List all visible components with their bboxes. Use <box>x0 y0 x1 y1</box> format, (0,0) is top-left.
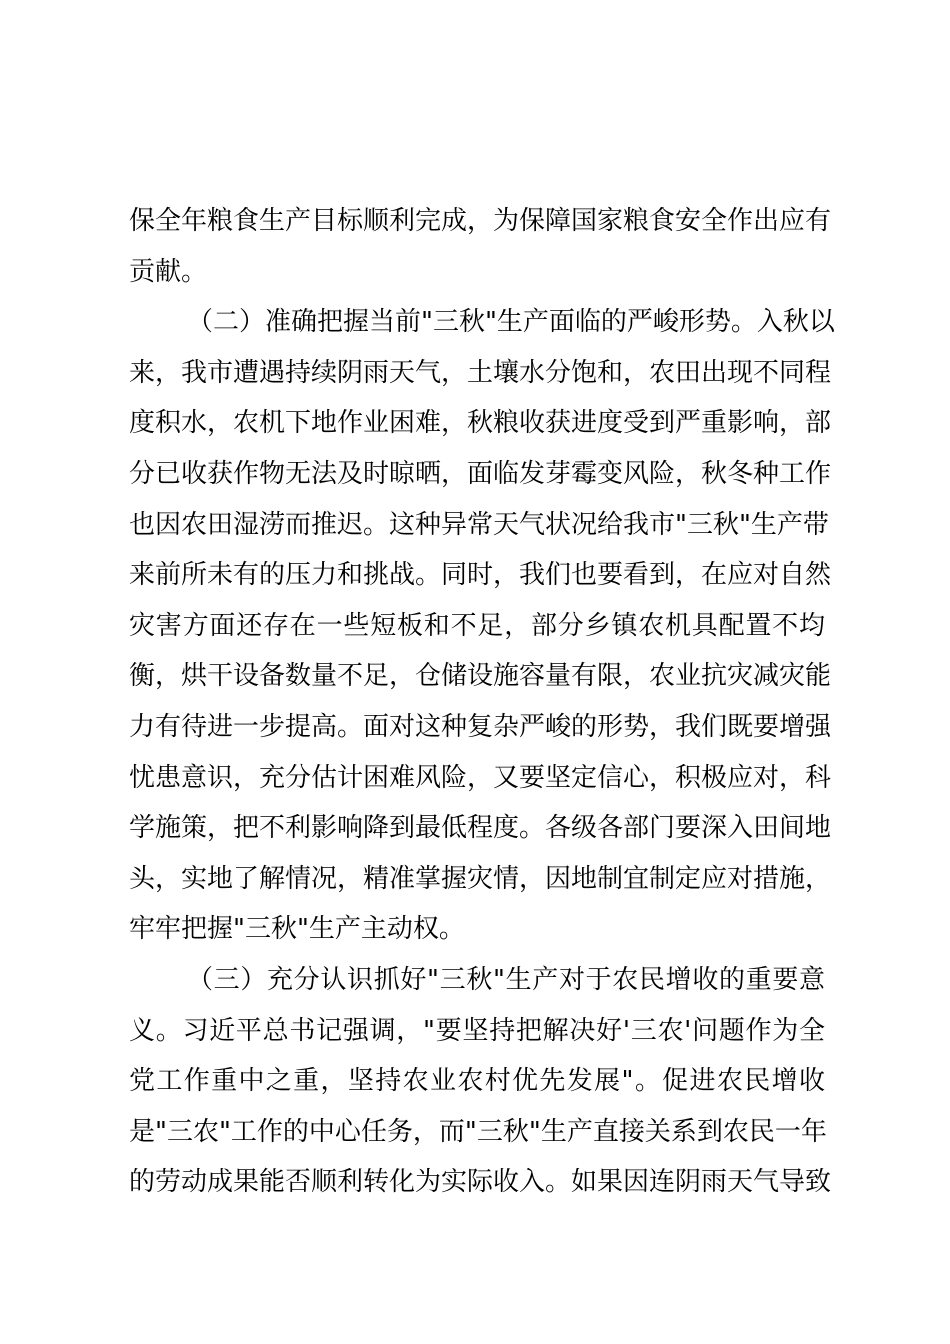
text-line: 牢牢把握"三秋"生产主动权。 <box>129 904 825 955</box>
paragraph-section-three: （三）充分认识抓好"三秋"生产对于农民增收的重要意 义。习近平总书记强调，"要坚… <box>129 955 825 1208</box>
paragraph-continuation: 保全年粮食生产目标顺利完成，为保障国家粮食安全作出应有 贡献。 <box>129 196 825 297</box>
text-line: 义。习近平总书记强调，"要坚持把解决好'三农'问题作为全 <box>129 1006 825 1057</box>
text-line: 学施策，把不利影响降到最低程度。各级各部门要深入田间地 <box>129 803 825 854</box>
paragraph-section-two: （二）准确把握当前"三秋"生产面临的严峻形势。入秋以 来，我市遭遇持续阴雨天气，… <box>129 297 825 955</box>
text-line: 度积水，农机下地作业困难，秋粮收获进度受到严重影响，部 <box>129 398 825 449</box>
document-body: 保全年粮食生产目标顺利完成，为保障国家粮食安全作出应有 贡献。 （二）准确把握当… <box>129 196 825 1208</box>
text-line: 的劳动成果能否顺利转化为实际收入。如果因连阴雨天气导致 <box>129 1157 825 1208</box>
text-line: 力有待进一步提高。面对这种复杂严峻的形势，我们既要增强 <box>129 702 825 753</box>
text-line: 也因农田湿涝而推迟。这种异常天气状况给我市"三秋"生产带 <box>129 500 825 551</box>
text-line: 来前所未有的压力和挑战。同时，我们也要看到，在应对自然 <box>129 550 825 601</box>
text-line: 保全年粮食生产目标顺利完成，为保障国家粮食安全作出应有 <box>129 196 825 247</box>
section-heading-line: （二）准确把握当前"三秋"生产面临的严峻形势。入秋以 <box>129 297 825 348</box>
text-line: 衡，烘干设备数量不足，仓储设施容量有限，农业抗灾减灾能 <box>129 651 825 702</box>
text-line: 灾害方面还存在一些短板和不足，部分乡镇农机具配置不均 <box>129 601 825 652</box>
document-page: 保全年粮食生产目标顺利完成，为保障国家粮食安全作出应有 贡献。 （二）准确把握当… <box>0 0 950 1344</box>
text-line: 党工作重中之重，坚持农业农村优先发展"。促进农民增收 <box>129 1056 825 1107</box>
text-line: 贡献。 <box>129 247 825 298</box>
text-line: 分已收获作物无法及时晾晒，面临发芽霉变风险，秋冬种工作 <box>129 449 825 500</box>
section-heading-line: （三）充分认识抓好"三秋"生产对于农民增收的重要意 <box>129 955 825 1006</box>
text-line: 头，实地了解情况，精准掌握灾情，因地制宜制定应对措施， <box>129 854 825 905</box>
text-line: 来，我市遭遇持续阴雨天气，土壤水分饱和，农田出现不同程 <box>129 348 825 399</box>
text-line: 是"三农"工作的中心任务，而"三秋"生产直接关系到农民一年 <box>129 1107 825 1158</box>
text-line: 忧患意识，充分估计困难风险，又要坚定信心，积极应对，科 <box>129 753 825 804</box>
